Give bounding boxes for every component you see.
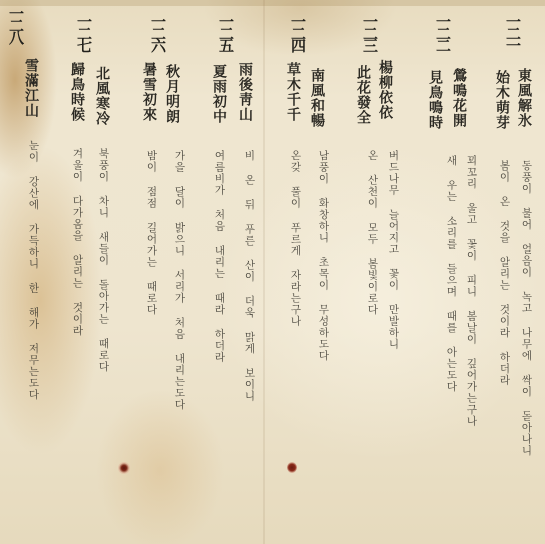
entry-title: 暑雪初來: [142, 62, 156, 122]
entry-number: 一二六: [150, 14, 165, 50]
entry-body-line: 동풍이 불어 얼음이 녹고 나무에 싹이 돋아나니: [521, 160, 532, 520]
entry-number: 一二一: [505, 14, 520, 50]
entry-title: 夏雨初中: [212, 64, 226, 124]
entry-body-line: 겨울이 다가옴을 알리는 것이라: [72, 148, 83, 528]
entry-body-line: 봄이 온 것을 알리는 것이라 하더라: [499, 160, 510, 460]
entry-body-line: 여름비가 처음 내리는 때라 하더라: [214, 150, 225, 530]
paper-fold: [263, 0, 265, 544]
entry-title: 雪滿江山: [24, 58, 38, 118]
entry-number: 一二八: [8, 6, 23, 42]
entry-body-line: 온갖 풀이 푸르게 자라는구나: [290, 150, 301, 530]
entry-title: 東風解氷: [517, 68, 531, 128]
entry-title: 見鳥鳴時: [428, 70, 442, 130]
entry-body-line: 눈이 강산에 가득하니 한 해가 저무는도다: [28, 140, 39, 530]
entry-number: 一二七: [76, 14, 91, 50]
red-ink-mark: [118, 462, 130, 474]
entry-title: 歸鳥時候: [70, 62, 84, 122]
entry-title: 草木千千: [286, 62, 300, 122]
entry-title: 鶯鳴花開: [452, 68, 466, 128]
manuscript-page: 一二一 東風解氷 始木萌芽 동풍이 불어 얼음이 녹고 나무에 싹이 돋아나니 …: [0, 0, 545, 544]
entry-body-line: 새 우는 소리를 들으며 때를 아는도다: [446, 155, 457, 485]
entry-body-line: 가을 달이 밝으니 서리가 처음 내리는도다: [174, 150, 185, 530]
entry-number: 一二二: [435, 14, 450, 50]
entry-title: 雨後靑山: [238, 62, 252, 122]
entry-body-line: 온 산천이 모두 봄빛이로다: [367, 150, 378, 520]
red-ink-mark: [287, 462, 297, 473]
entry-number: 一二三: [362, 14, 377, 50]
entry-number: 一二五: [218, 14, 233, 50]
entry-body-line: 꾀꼬리 울고 꽃이 피니 봄날이 깊어가는구나: [466, 155, 477, 495]
entry-title: 北風寒冷: [95, 66, 109, 126]
entry-title: 秋月明朗: [165, 64, 179, 124]
entry-number: 一二四: [290, 14, 305, 50]
entry-title: 南風和暢: [310, 68, 324, 128]
entry-body-line: 밤이 점점 길어가는 때로다: [146, 150, 157, 530]
entry-title: 此花發全: [356, 65, 370, 125]
entry-body-line: 버드나무 늘어지고 꽃이 만발하니: [388, 150, 399, 520]
entry-title: 始木萌芽: [495, 70, 509, 130]
entry-body-line: 북풍이 차니 새들이 돌아가는 때로다: [98, 148, 109, 528]
entry-title: 楊柳依依: [378, 60, 392, 120]
entry-body-line: 비 온 뒤 푸른 산이 더욱 맑게 보이니: [244, 150, 255, 530]
paper-fold: [0, 0, 545, 6]
entry-body-line: 남풍이 화창하니 초목이 무성하도다: [318, 150, 329, 530]
